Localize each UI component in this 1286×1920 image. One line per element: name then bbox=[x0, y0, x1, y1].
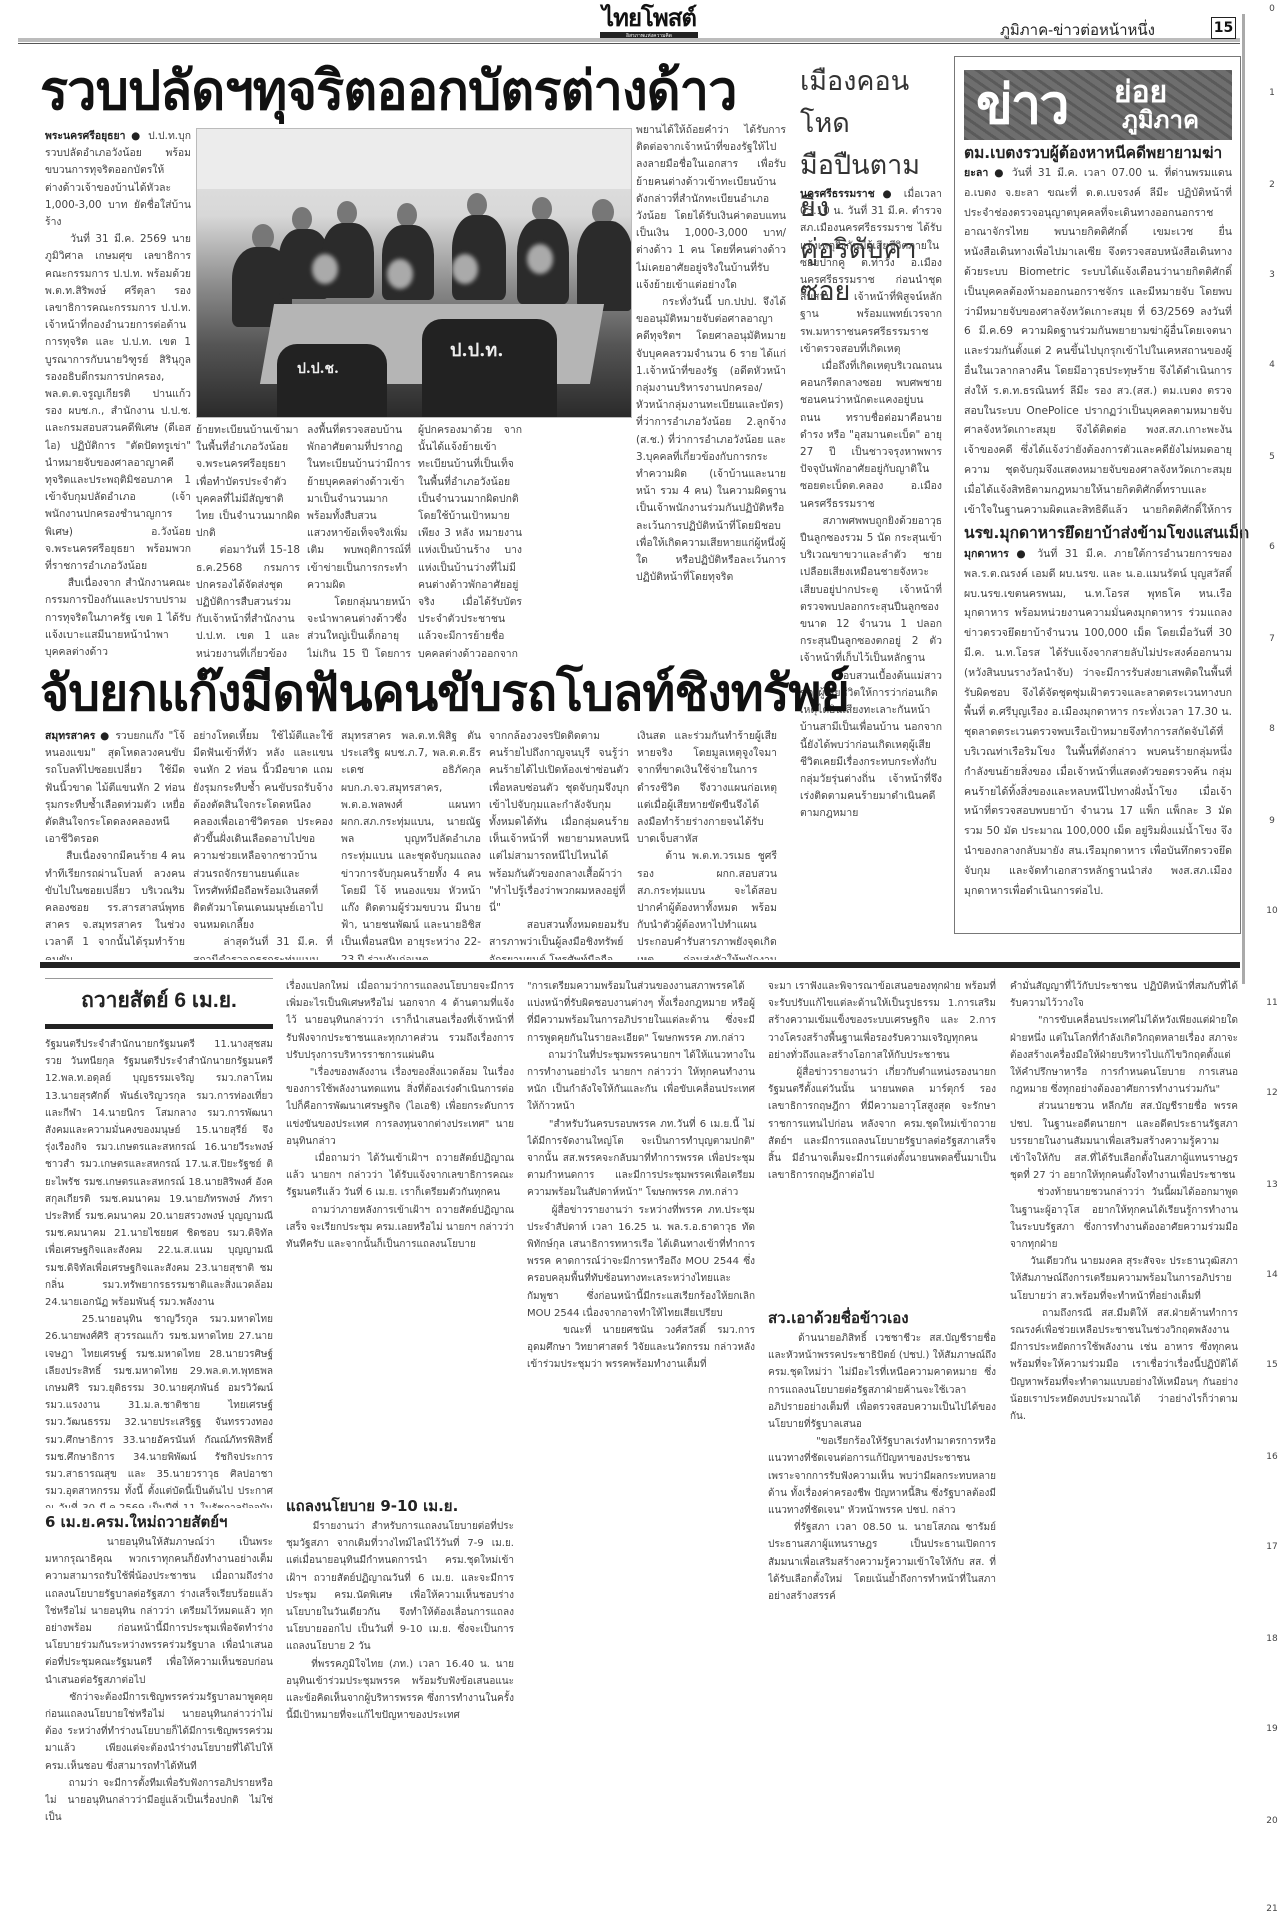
brief2-text: วันที่ 31 มี.ค. ภายใต้การอำนวยการของ พล.… bbox=[964, 548, 1232, 897]
photo-blurred-face bbox=[527, 244, 553, 274]
section-divider bbox=[40, 962, 1240, 968]
photo-officer-vest: ป.ป.ช. bbox=[277, 344, 387, 418]
ruler-tick: 6 bbox=[1258, 542, 1286, 552]
story3-column-4: จากกล้องวงจรปิดติดตามคนร้ายไปถึงกาญจนบุร… bbox=[489, 728, 629, 960]
photo-person bbox=[337, 201, 357, 225]
ruler-tick: 3 bbox=[1258, 270, 1286, 280]
news-brief-banner: ข่าว ย่อย ภูมิภาค bbox=[964, 70, 1232, 140]
story4-subhead-2: แถลงนโยบาย 9-10 เม.ย. bbox=[286, 1496, 458, 1516]
story3-column-1: สมุทรสาคร ● รวบยกแก๊ง "โจ้หนองแขม" สุดโห… bbox=[45, 728, 185, 960]
bullet-icon: ● bbox=[1016, 548, 1037, 560]
ruler-tick: 14 bbox=[1258, 1270, 1286, 1280]
photo-person bbox=[577, 221, 632, 311]
photo-ceiling bbox=[197, 129, 631, 189]
story3-column-5: เงินสด และร่วมกันทำร้ายผู้เสียหายจริง โด… bbox=[637, 728, 777, 960]
header-rule-thin bbox=[18, 43, 1240, 44]
brief2-dateline: มุกดาหาร bbox=[964, 548, 1009, 560]
bullet-icon: ● bbox=[994, 167, 1012, 179]
ruler-tick: 7 bbox=[1258, 634, 1286, 644]
vest-label: ป.ป.ท. bbox=[450, 335, 504, 364]
story1-column-4: ผู้ปกครองมาด้วย จากนั้นได้แจ้งย้ายเข้าทะ… bbox=[418, 422, 522, 658]
story3-dateline: สมุทรสาคร bbox=[45, 730, 95, 742]
story2-dateline: นครศรีธรรมราช bbox=[800, 188, 875, 200]
ruler-tick: 13 bbox=[1258, 1180, 1286, 1190]
headline-main: รวบปลัดฯทุจริตออกบัตรต่างด้าว bbox=[40, 58, 737, 124]
ruler-tick: 15 bbox=[1258, 1360, 1286, 1370]
story4-column-3: "การเตรียมความพร้อมในส่วนของงานสภาพรรคได… bbox=[527, 978, 755, 1914]
story4-column-4: จะมา เราฟังและพิจารณาข้อเสนอของทุกฝ่าย พ… bbox=[768, 978, 996, 1304]
ruler-tick: 18 bbox=[1258, 1634, 1286, 1644]
brief1-headline: ตม.เบตงรวบผู้ต้องหาหนีคดีพยายามฆ่า bbox=[964, 142, 1222, 164]
photo-blurred-face bbox=[387, 259, 413, 289]
story2-text: เมื่อเวลา 03.10 น. วันที่ 31 มี.ค. ตำรวจ… bbox=[800, 188, 942, 819]
story1-col1-text: ป.ป.ท.บุกรวบปลัดอำเภอวังน้อย พร้อมขบวนกา… bbox=[45, 130, 191, 658]
ruler-tick: 1 bbox=[1258, 88, 1286, 98]
photo-person bbox=[532, 197, 552, 221]
story1-column-3: ลงพื้นที่ตรวจสอบบ้านพักอาศัยตามที่ปรากฏใ… bbox=[307, 422, 411, 658]
ruler-tick: 21 bbox=[1258, 1904, 1286, 1914]
ruler-tick: 16 bbox=[1258, 1452, 1286, 1462]
photo-person bbox=[397, 203, 417, 227]
vest-label: ป.ป.ช. bbox=[297, 358, 339, 380]
story1-column-1: พระนครศรีอยุธยา ● ป.ป.ท.บุกรวบปลัดอำเภอว… bbox=[45, 128, 191, 658]
story4-box-title: ถวายสัตย์ 6 เม.ย. bbox=[45, 986, 273, 1016]
brief1-body: ยะลา ● วันที่ 31 มี.ค. เวลา 07.00 น. ที่… bbox=[964, 164, 1232, 520]
ruler-tick: 5 bbox=[1258, 452, 1286, 462]
ruler-tick: 17 bbox=[1258, 1542, 1286, 1552]
photo-person bbox=[467, 193, 487, 217]
brief2-headline: นรข.มุกดาหารยึดยาบ้าส่งข้ามโขงแสนเม็ด bbox=[964, 522, 1249, 544]
story3-column-2: อย่างโหดเหี้ยม ใช้ไม้ตีและใช้มีดฟันเข้าท… bbox=[193, 728, 333, 960]
ruler-tick: 2 bbox=[1258, 180, 1286, 190]
bullet-icon: ● bbox=[131, 130, 148, 142]
story4-column-1a: รัฐมนตรีประจำสำนักนายกรัฐมนตรี 11.นางสุช… bbox=[45, 1036, 273, 1508]
photo-blurred-face bbox=[312, 254, 338, 284]
story4-column-4b: ด้านนายอภิสิทธิ์ เวชชาชีวะ สส.บัญชีรายชื… bbox=[768, 1330, 996, 1914]
column-gauge-bar bbox=[1242, 14, 1245, 984]
ruler-tick: 20 bbox=[1258, 1816, 1286, 1826]
story4-subhead-3: สว.เอาด้วยชื่อข้าวเอง bbox=[768, 1308, 909, 1328]
story2-headline-line: เมืองคอนโหด bbox=[800, 60, 940, 144]
story1-column-2: ย้ายทะเบียนบ้านเข้ามาในพื้นที่อำเภอวังน้… bbox=[196, 422, 300, 658]
story4-column-2: เรื่องแปลกใหม่ เมื่อถามว่าการแถลงนโยบายจ… bbox=[286, 978, 514, 1494]
story4-column-5: คำมั่นสัญญาที่ไว้กับประชาชน ปฏิบัติหน้าท… bbox=[1010, 978, 1238, 1914]
ruler-tick: 12 bbox=[1258, 1088, 1286, 1098]
banner-subtitle-2: ภูมิภาค bbox=[1122, 106, 1199, 136]
ruler-tick: 8 bbox=[1258, 724, 1286, 734]
news-photo: ป.ป.ช. ป.ป.ท. bbox=[196, 128, 632, 418]
story1-dateline: พระนครศรีอยุธยา bbox=[45, 130, 125, 142]
ruler-tick: 9 bbox=[1258, 816, 1286, 826]
story2-body: นครศรีธรรมราช ● เมื่อเวลา 03.10 น. วันที… bbox=[800, 186, 942, 958]
story1-column-5: พยานได้ให้ถ้อยคำว่า ได้รับการติดต่อจากเจ… bbox=[636, 122, 786, 658]
banner-title: ข่าว bbox=[976, 70, 1068, 140]
bullet-icon: ● bbox=[882, 188, 903, 200]
ruler-tick: 19 bbox=[1258, 1724, 1286, 1734]
story4-subhead-1: 6 เม.ย.ครม.ใหม่ถวายสัตย์ฯ bbox=[45, 1512, 227, 1532]
headline-secondary: จับยกแก๊งมีดฟันคนขับรถโบลท์ชิงทรัพย์ bbox=[40, 664, 849, 722]
photo-officer-vest: ป.ป.ท. bbox=[422, 319, 557, 418]
column-ruler: 0 1 2 3 4 5 6 7 8 9 10 11 12 13 14 15 16… bbox=[1258, 0, 1286, 1920]
brief1-text: วันที่ 31 มี.ค. เวลา 07.00 น. ที่ด่านพรม… bbox=[964, 167, 1232, 520]
banner-subtitle: ย่อย bbox=[1114, 76, 1167, 110]
box-top-rule bbox=[45, 978, 273, 979]
story4-column-1b: นายอนุทินให้สัมภาษณ์ว่า เป็นพระมหากรุณาธ… bbox=[45, 1534, 273, 1914]
ruler-tick: 11 bbox=[1258, 998, 1286, 1008]
story3-column-3: สมุทรสาคร พล.ต.ท.พิสิฐ ตันประเสริฐ ผบช.ภ… bbox=[341, 728, 481, 960]
bullet-icon: ● bbox=[100, 730, 115, 742]
box-bottom-rule bbox=[45, 1024, 273, 1029]
ruler-tick: 0 bbox=[1258, 4, 1286, 14]
brief2-body: มุกดาหาร ● วันที่ 31 มี.ค. ภายใต้การอำนว… bbox=[964, 545, 1232, 927]
story4-column-2b: มีรายงานว่า สำหรับการแถลงนโยบายต่อที่ประ… bbox=[286, 1518, 514, 1914]
story3-col1-text: รวบยกแก๊ง "โจ้หนองแขม" สุดโหดลวงคนขับรถโ… bbox=[45, 730, 185, 960]
ruler-tick: 4 bbox=[1258, 360, 1286, 370]
brief1-dateline: ยะลา bbox=[964, 167, 988, 179]
logo-text: ไทยโพสต์ bbox=[600, 6, 698, 32]
section-label: ภูมิภาค-ข่าวต่อหน้าหนึ่ง bbox=[1000, 18, 1155, 42]
photo-person bbox=[292, 207, 312, 231]
ruler-tick: 10 bbox=[1258, 906, 1286, 916]
photo-blurred-face bbox=[452, 254, 478, 284]
page-number: 15 bbox=[1211, 17, 1236, 39]
